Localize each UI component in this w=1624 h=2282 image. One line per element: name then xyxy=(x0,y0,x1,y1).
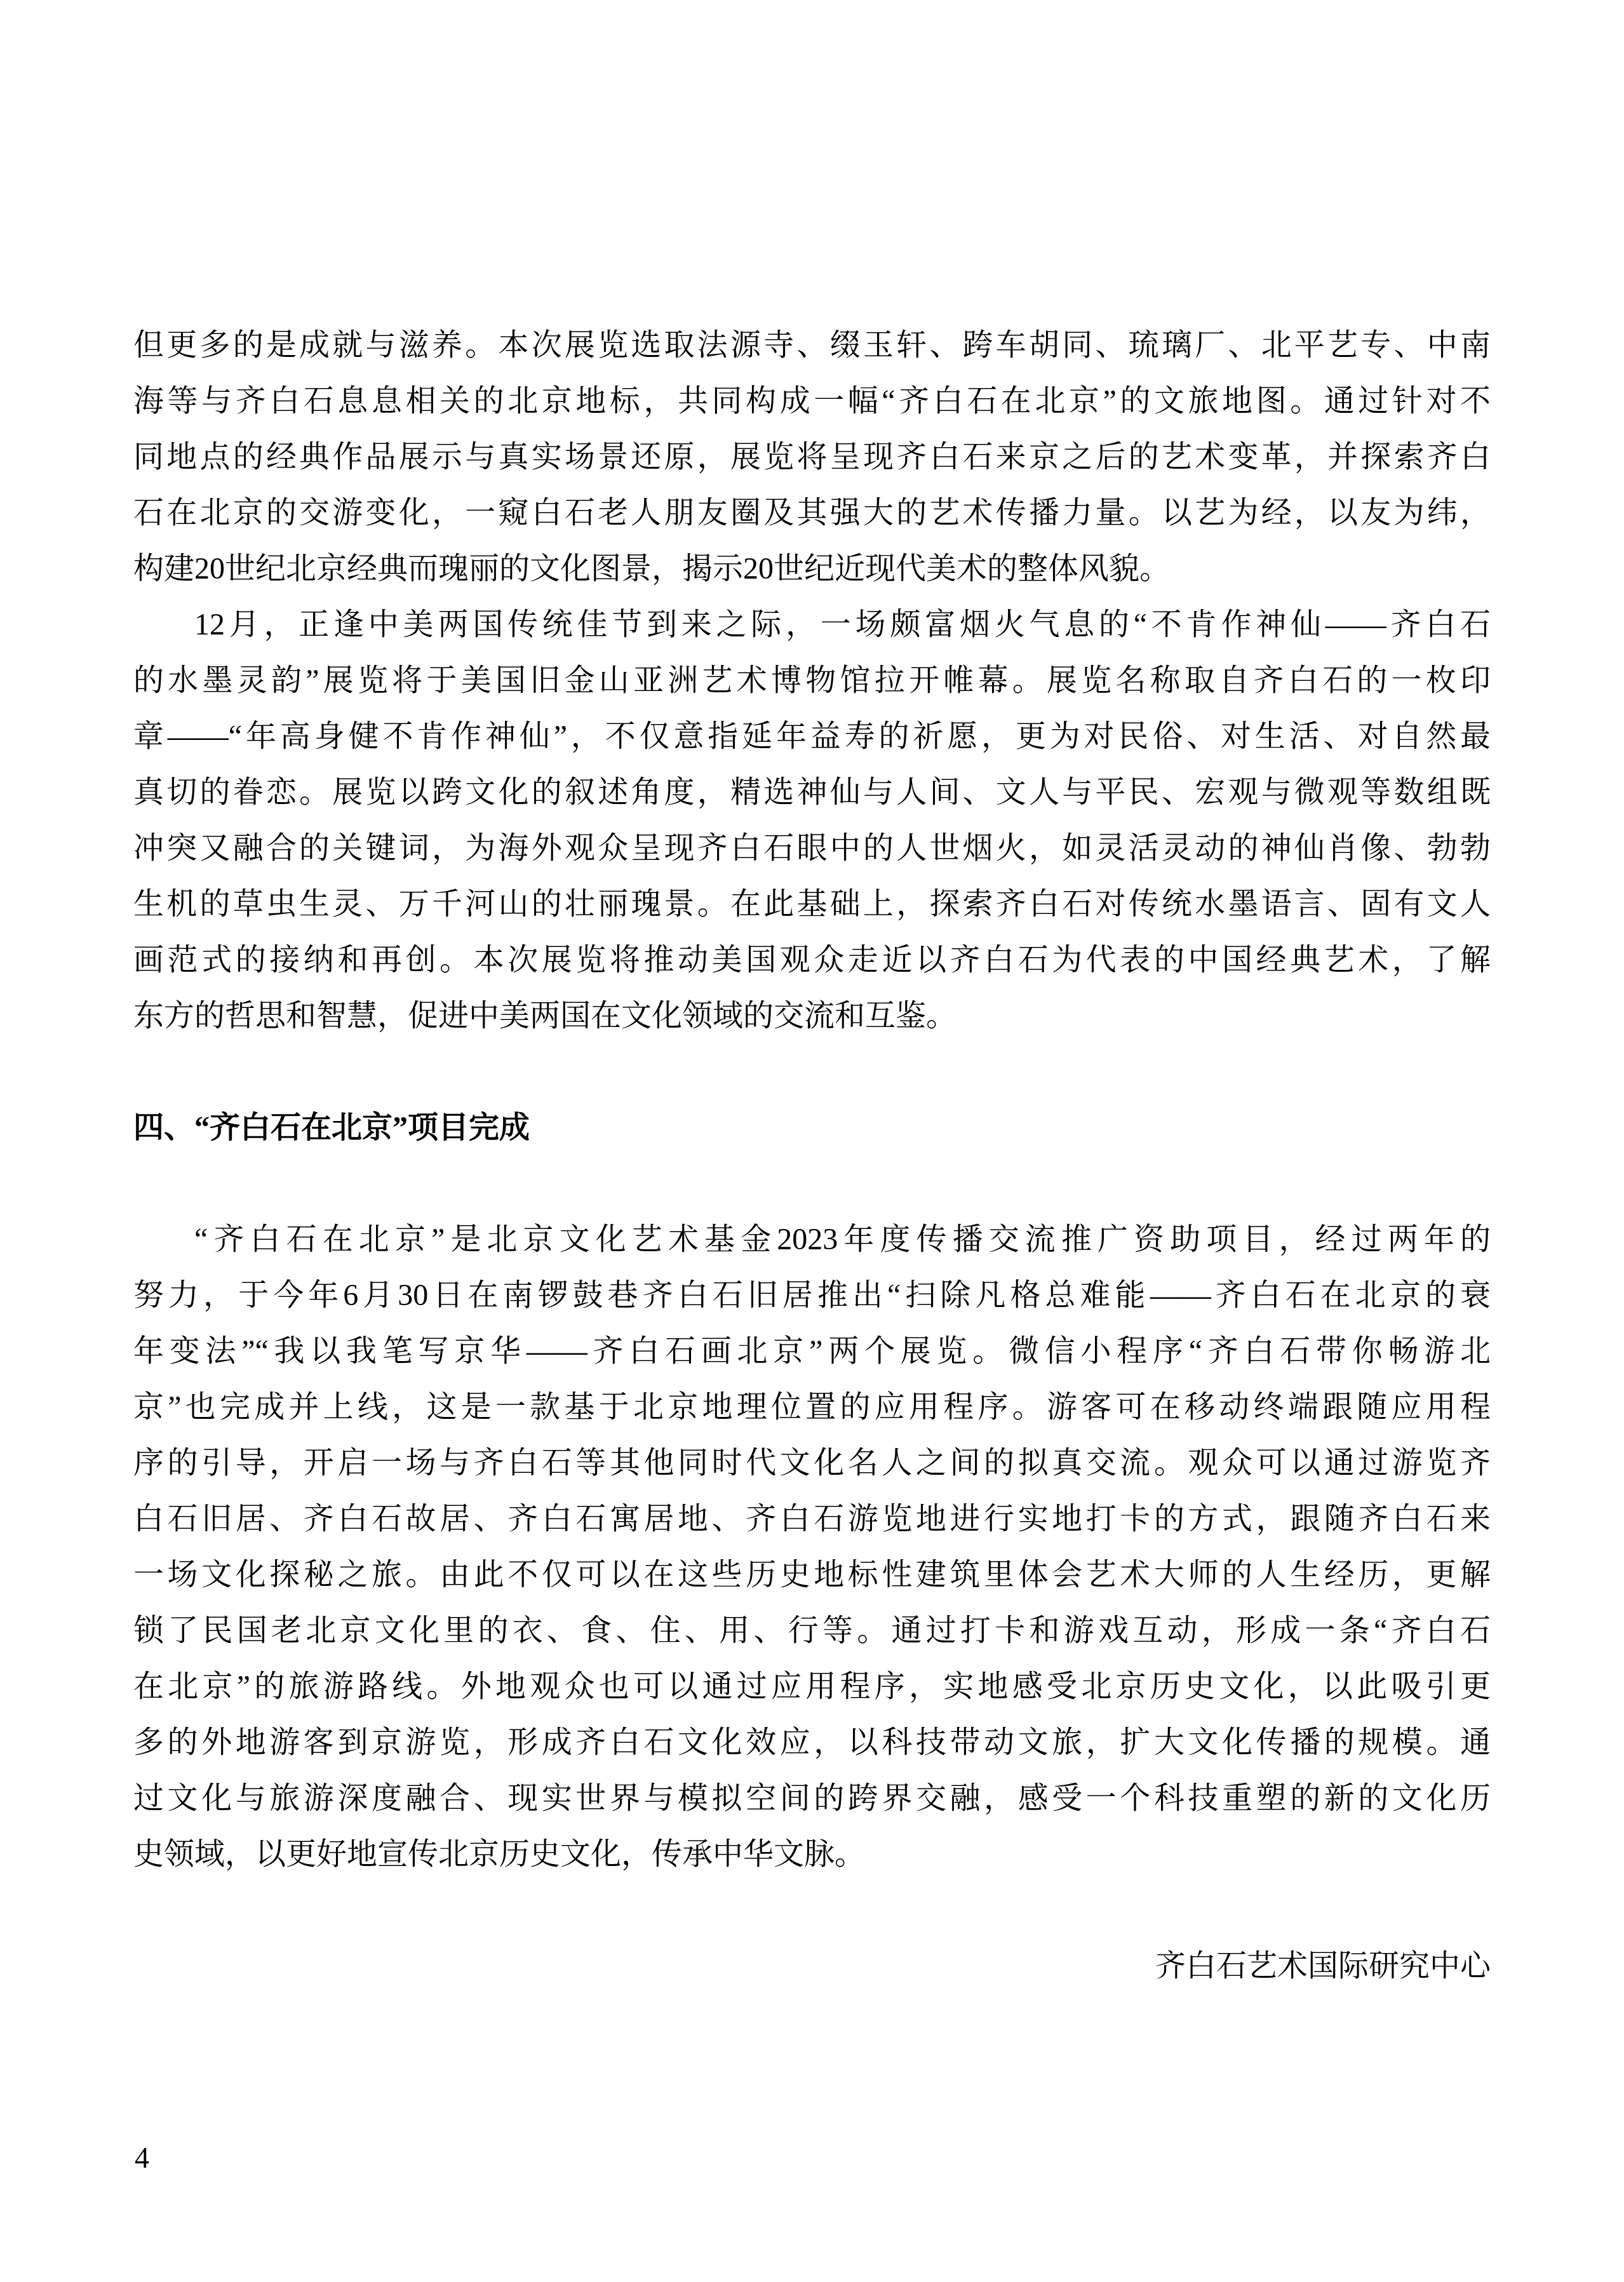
text-line: 过文化与旅游深度融合、现实世界与模拟空间的跨界交融，感受一个科技重塑的新的文化历 xyxy=(133,1771,1491,1827)
document-body: 但更多的是成就与滋养。本次展览选取法源寺、缀玉轩、跨车胡同、琉璃厂、北平艺专、中… xyxy=(133,318,1491,1994)
text-line: 海等与齐白石息息相关的北京地标，共同构成一幅“齐白石在北京”的文旅地图。通过针对… xyxy=(133,373,1491,429)
text-line: 画范式的接纳和再创。本次展览将推动美国观众走近以齐白石为代表的中国经典艺术，了解 xyxy=(133,932,1491,988)
text-line: 石在北京的交游变化，一窥白石老人朋友圈及其强大的艺术传播力量。以艺为经，以友为纬… xyxy=(133,485,1491,541)
text-line: 一场文化探秘之旅。由此不仅可以在这些历史地标性建筑里体会艺术大师的人生经历，更解 xyxy=(133,1547,1491,1603)
text-line: 多的外地游客到京游览，形成齐白石文化效应，以科技带动文旅，扩大文化传播的规模。通 xyxy=(133,1715,1491,1771)
text-line: 但更多的是成就与滋养。本次展览选取法源寺、缀玉轩、跨车胡同、琉璃厂、北平艺专、中… xyxy=(133,318,1491,373)
text-line: 东方的哲思和智慧，促进中美两国在文化领域的交流和互鉴。 xyxy=(133,988,1491,1044)
text-line: “齐白石在北京”是北京文化艺术基金2023年度传播交流推广资助项目，经过两年的 xyxy=(133,1212,1491,1268)
text-line: 的水墨灵韵”展览将于美国旧金山亚洲艺术博物馆拉开帷幕。展览名称取自齐白石的一枚印 xyxy=(133,653,1491,709)
text-line: 努力，于今年6月30日在南锣鼓巷齐白石旧居推出“扫除凡格总难能——齐白石在北京的… xyxy=(133,1268,1491,1324)
text-line: 章——“年高身健不肯作神仙”，不仅意指延年益寿的祈愿，更为对民俗、对生活、对自然… xyxy=(133,709,1491,765)
text-line: 冲突又融合的关键词，为海外观众呈现齐白石眼中的人世烟火，如灵活灵动的神仙肖像、勃… xyxy=(133,821,1491,876)
text-line: 在北京”的旅游路线。外地观众也可以通过应用程序，实地感受北京历史文化，以此吸引更 xyxy=(133,1659,1491,1715)
document-page: 但更多的是成就与滋养。本次展览选取法源寺、缀玉轩、跨车胡同、琉璃厂、北平艺专、中… xyxy=(0,0,1624,2282)
text-line: 序的引导，开启一场与齐白石等其他同时代文化名人之间的拟真交流。观众可以通过游览齐 xyxy=(133,1435,1491,1491)
text-line: 生机的草虫生灵、万千河山的壮丽瑰景。在此基础上，探索齐白石对传统水墨语言、固有文… xyxy=(133,876,1491,932)
text-line: 同地点的经典作品展示与真实场景还原，展览将呈现齐白石来京之后的艺术变革，并探索齐… xyxy=(133,429,1491,485)
page-number: 4 xyxy=(135,2139,149,2177)
section-heading: 四、“齐白石在北京”项目完成 xyxy=(133,1100,1491,1156)
text-line: 锁了民国老北京文化里的衣、食、住、用、行等。通过打卡和游戏互动，形成一条“齐白石 xyxy=(133,1603,1491,1659)
text-line: 白石旧居、齐白石故居、齐白石寓居地、齐白石游览地进行实地打卡的方式，跟随齐白石来 xyxy=(133,1491,1491,1547)
signature-line: 齐白石艺术国际研究中心 xyxy=(133,1938,1491,1994)
text-line: 真切的眷恋。展览以跨文化的叙述角度，精选神仙与人间、文人与平民、宏观与微观等数组… xyxy=(133,765,1491,821)
text-line: 史领域，以更好地宣传北京历史文化，传承中华文脉。 xyxy=(133,1827,1491,1883)
text-line: 京”也完成并上线，这是一款基于北京地理位置的应用程序。游客可在移动终端跟随应用程 xyxy=(133,1379,1491,1435)
text-line: 构建20世纪北京经典而瑰丽的文化图景，揭示20世纪近现代美术的整体风貌。 xyxy=(133,541,1491,597)
text-line: 年变法”“我以我笔写京华——齐白石画北京”两个展览。微信小程序“齐白石带你畅游北 xyxy=(133,1324,1491,1379)
text-line: 12月，正逢中美两国传统佳节到来之际，一场颇富烟火气息的“不肯作神仙——齐白石 xyxy=(133,597,1491,653)
